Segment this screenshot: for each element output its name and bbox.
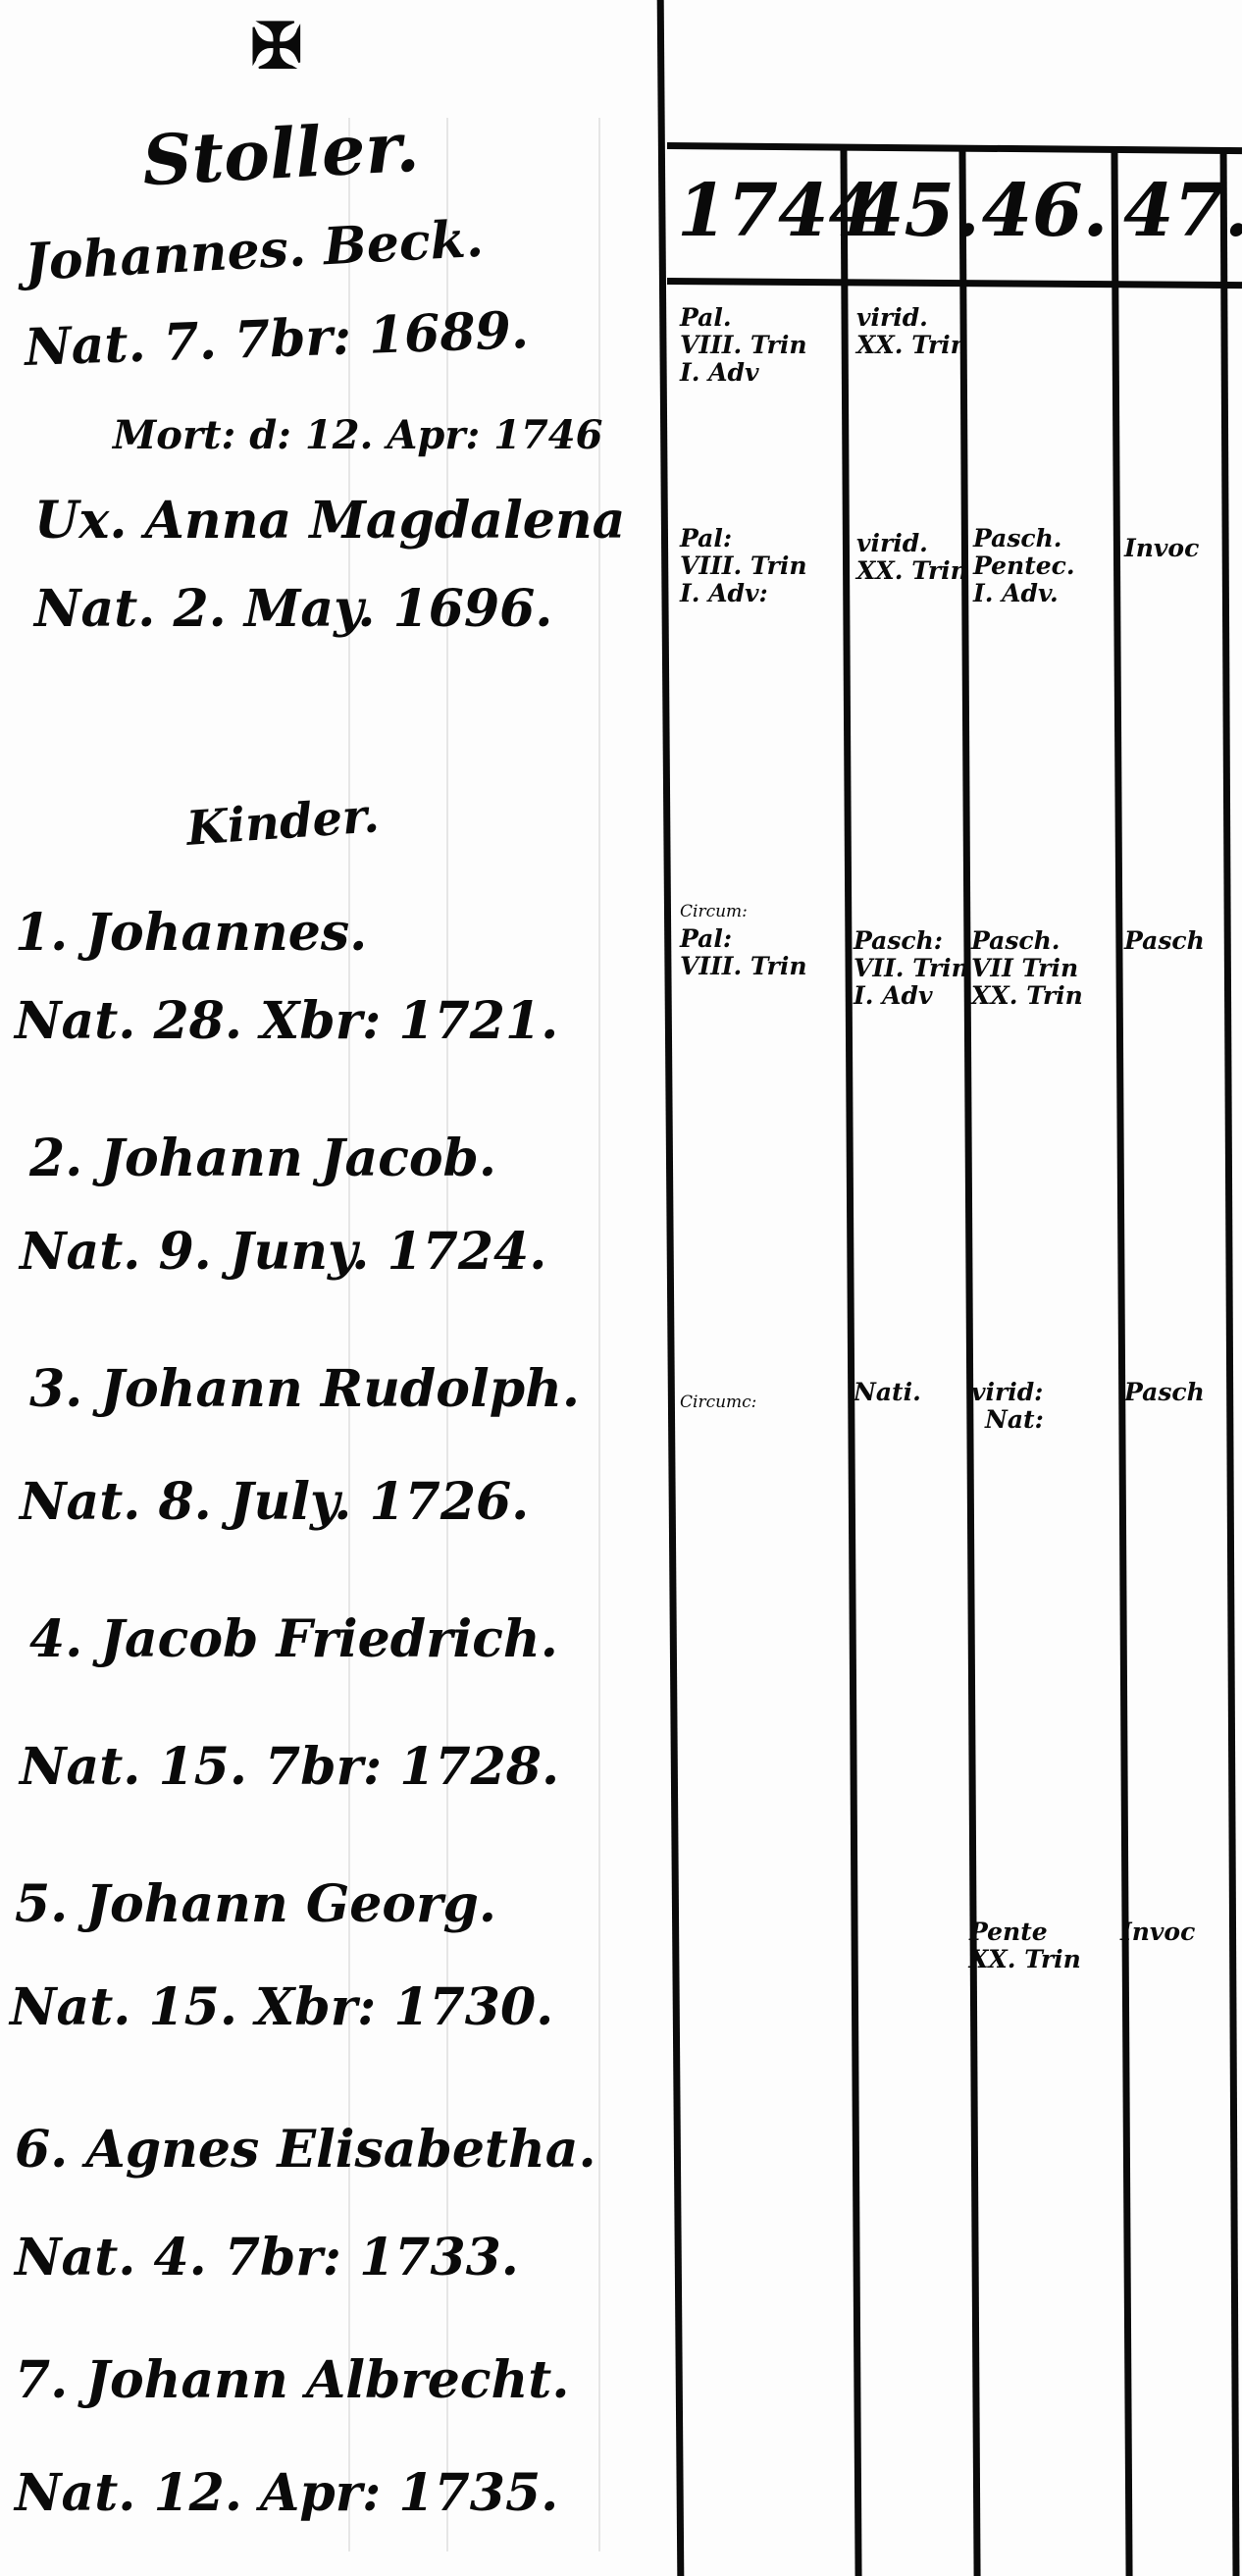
cell-child5-1746: Pente XX. Trin <box>969 1919 1081 1973</box>
communion-entry: XX. Trin <box>856 557 968 585</box>
communion-entry: Nat: <box>971 1406 1044 1434</box>
communion-entry: Pal: <box>680 925 807 953</box>
communion-entry: VII Trin <box>971 955 1083 982</box>
cell-wife-1745: virid. XX. Trin <box>856 530 968 585</box>
cell-child3-1744: Circumc: <box>680 1389 756 1416</box>
communion-entry: VIII. Trin <box>680 552 807 580</box>
cell-child5-1747: Invoc <box>1120 1919 1195 1946</box>
child-1-birth: Nat. 28. Xbr: 1721. <box>15 991 558 1051</box>
cell-father-1744: Pal. VIII. Trin I. Adv <box>680 304 807 387</box>
child-2-birth: Nat. 9. Juny. 1724. <box>20 1222 546 1282</box>
communion-entry: virid. <box>856 530 968 557</box>
cell-child3-1745: Nati. <box>854 1379 921 1406</box>
cell-child1-1746: Pasch. VII Trin XX. Trin <box>971 927 1083 1010</box>
column-divider-1745 <box>840 145 861 2576</box>
cell-child3-1747: Pasch <box>1124 1379 1205 1406</box>
cross-icon: ✠ <box>250 10 303 83</box>
communion-entry: Circumc: <box>680 1389 756 1416</box>
cell-child1-1747: Pasch <box>1124 927 1205 955</box>
cell-child1-1744: Circum: Pal: VIII. Trin <box>680 898 807 980</box>
communion-entry: Pasch <box>1124 1379 1205 1406</box>
child-4-birth: Nat. 15. 7br: 1728. <box>20 1737 559 1797</box>
communion-entry: VIII. Trin <box>680 953 807 980</box>
child-4-name: 4. Jacob Friedrich. <box>29 1609 558 1669</box>
child-6-birth: Nat. 4. 7br: 1733. <box>15 2228 519 2287</box>
communion-entry: XX. Trin <box>969 1946 1081 1973</box>
cell-wife-1744: Pal: VIII. Trin I. Adv: <box>680 525 807 607</box>
communion-entry: virid. <box>856 304 968 332</box>
father-birth: Nat. 7. 7br: 1689. <box>24 300 530 378</box>
faint-ruling <box>446 118 448 2551</box>
child-5-name: 5. Johann Georg. <box>15 1874 496 1934</box>
cell-wife-1747: Invoc <box>1124 535 1199 562</box>
father-name: Johannes. Beck. <box>24 209 485 292</box>
communion-entry: Nati. <box>854 1379 921 1406</box>
child-5-birth: Nat. 15. Xbr: 1730. <box>10 1977 553 2037</box>
column-divider-1748 <box>1220 147 1240 2576</box>
header-top-rule <box>667 142 1242 154</box>
child-1-name: 1. Johannes. <box>15 903 367 963</box>
communion-entry: VII. Trin <box>854 955 969 982</box>
communion-entry: I. Adv <box>680 359 807 387</box>
communion-entry: Pente <box>969 1919 1081 1946</box>
family-surname: Stoller. <box>140 106 421 202</box>
wife-birth: Nat. 2. May. 1696. <box>34 579 552 639</box>
communion-entry: Pentec. <box>973 552 1075 580</box>
communion-entry: Pasch: <box>854 927 969 955</box>
communion-entry: I. Adv <box>854 982 969 1010</box>
communion-entry: XX. Trin <box>971 982 1083 1010</box>
communion-entry: virid: <box>971 1379 1044 1406</box>
child-3-birth: Nat. 8. July. 1726. <box>20 1472 529 1532</box>
child-7-name: 7. Johann Albrecht. <box>15 2350 569 2410</box>
register-page: ✠ Stoller. Johannes. Beck. Nat. 7. 7br: … <box>0 0 1242 2576</box>
communion-entry: Invoc <box>1124 535 1199 562</box>
faint-ruling <box>598 118 600 2551</box>
column-divider-1746 <box>958 145 980 2576</box>
year-header-1747: 47. <box>1123 169 1241 253</box>
year-header-1746: 46. <box>971 169 1118 253</box>
children-heading: Kinder. <box>184 788 381 857</box>
communion-entry: Pal: <box>680 525 807 552</box>
cell-wife-1746: Pasch. Pentec. I. Adv. <box>973 525 1075 607</box>
communion-entry: I. Adv: <box>680 580 807 607</box>
communion-entry: Circum: <box>680 898 807 925</box>
wife-name: Ux. Anna Magdalena <box>34 491 625 551</box>
cell-child3-1746: virid: Nat: <box>971 1379 1044 1434</box>
header-bottom-rule <box>667 278 1242 289</box>
cell-father-1745: virid. XX. Trin <box>856 304 968 359</box>
father-death: Mort: d: 12. Apr: 1746 <box>113 412 602 458</box>
child-6-name: 6. Agnes Elisabetha. <box>15 2120 596 2180</box>
child-7-birth: Nat. 12. Apr: 1735. <box>15 2463 558 2523</box>
communion-entry: Pasch. <box>973 525 1075 552</box>
communion-entry: VIII. Trin <box>680 332 807 359</box>
communion-entry: Pal. <box>680 304 807 332</box>
communion-entry: Pasch <box>1124 927 1205 955</box>
year-header-1744: 1744 <box>677 169 849 253</box>
column-divider-1747 <box>1111 147 1132 2576</box>
communion-entry: I. Adv. <box>973 580 1075 607</box>
child-3-name: 3. Johann Rudolph. <box>29 1359 580 1419</box>
year-header-1745: 45. <box>854 169 966 253</box>
communion-entry: Invoc <box>1120 1919 1195 1946</box>
communion-entry: Pasch. <box>971 927 1083 955</box>
faint-ruling <box>348 118 350 2551</box>
cell-child1-1745: Pasch: VII. Trin I. Adv <box>854 927 969 1010</box>
child-2-name: 2. Johann Jacob. <box>29 1129 496 1188</box>
communion-entry: XX. Trin <box>856 332 968 359</box>
